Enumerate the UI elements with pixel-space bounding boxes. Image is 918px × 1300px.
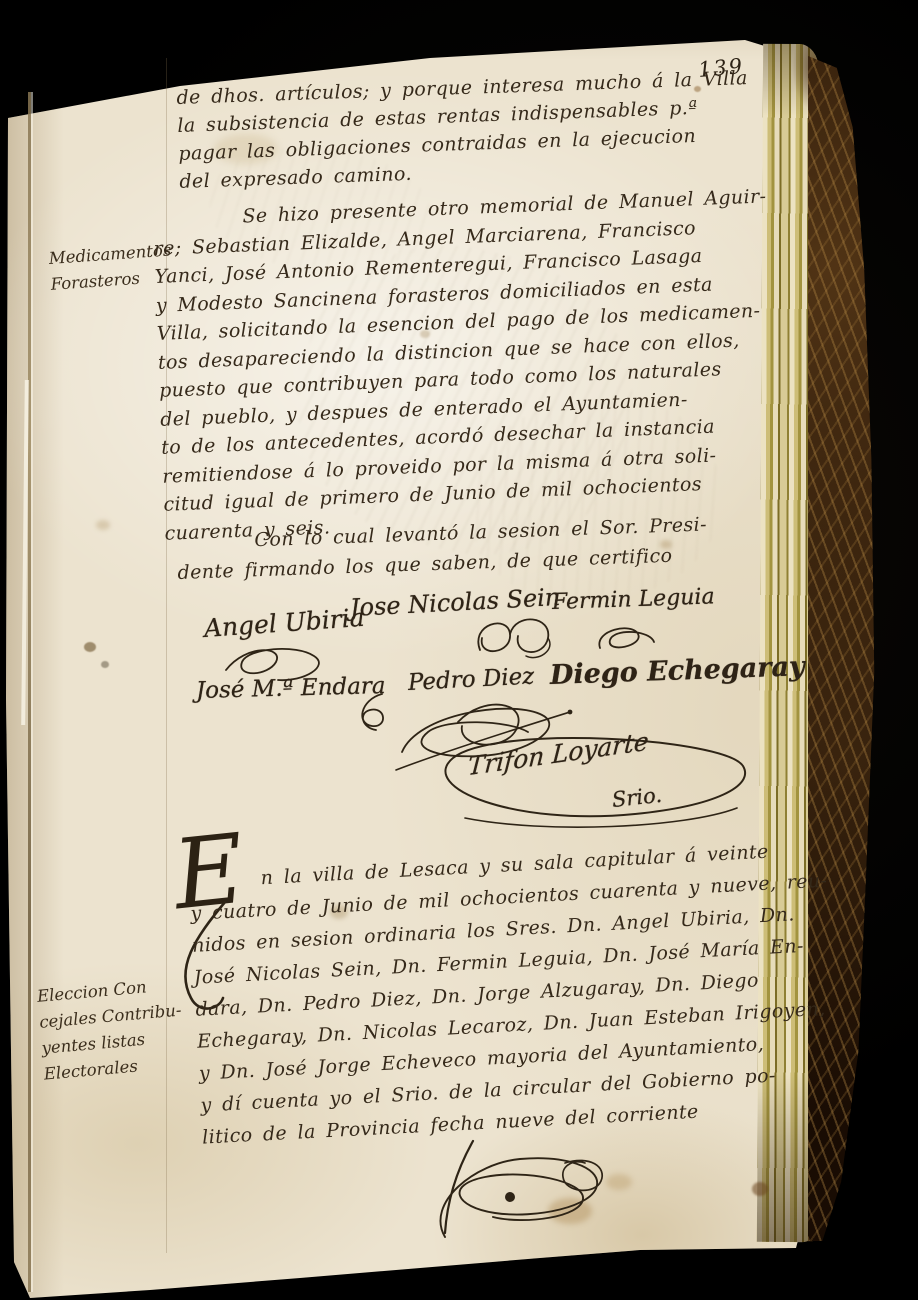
stain xyxy=(101,661,109,668)
paragraph-medicamentos: Se hizo presente otro memorial de Manuel… xyxy=(152,182,779,547)
paragraph-top: de dhos. artículos; y porque interesa mu… xyxy=(176,64,751,196)
ink-flourish xyxy=(592,620,662,660)
stain xyxy=(96,520,110,530)
paragraph-acta: n la villa de Lesaca y su sala capitular… xyxy=(188,833,840,1154)
stain xyxy=(752,1182,768,1196)
gutter-crease-highlight xyxy=(31,92,33,1292)
stain xyxy=(84,642,96,652)
ink-flourish-knot xyxy=(415,1133,615,1243)
book-scan: 139 de dhos. artículos; y porque interes… xyxy=(0,0,918,1300)
ink-flourish xyxy=(468,610,558,665)
